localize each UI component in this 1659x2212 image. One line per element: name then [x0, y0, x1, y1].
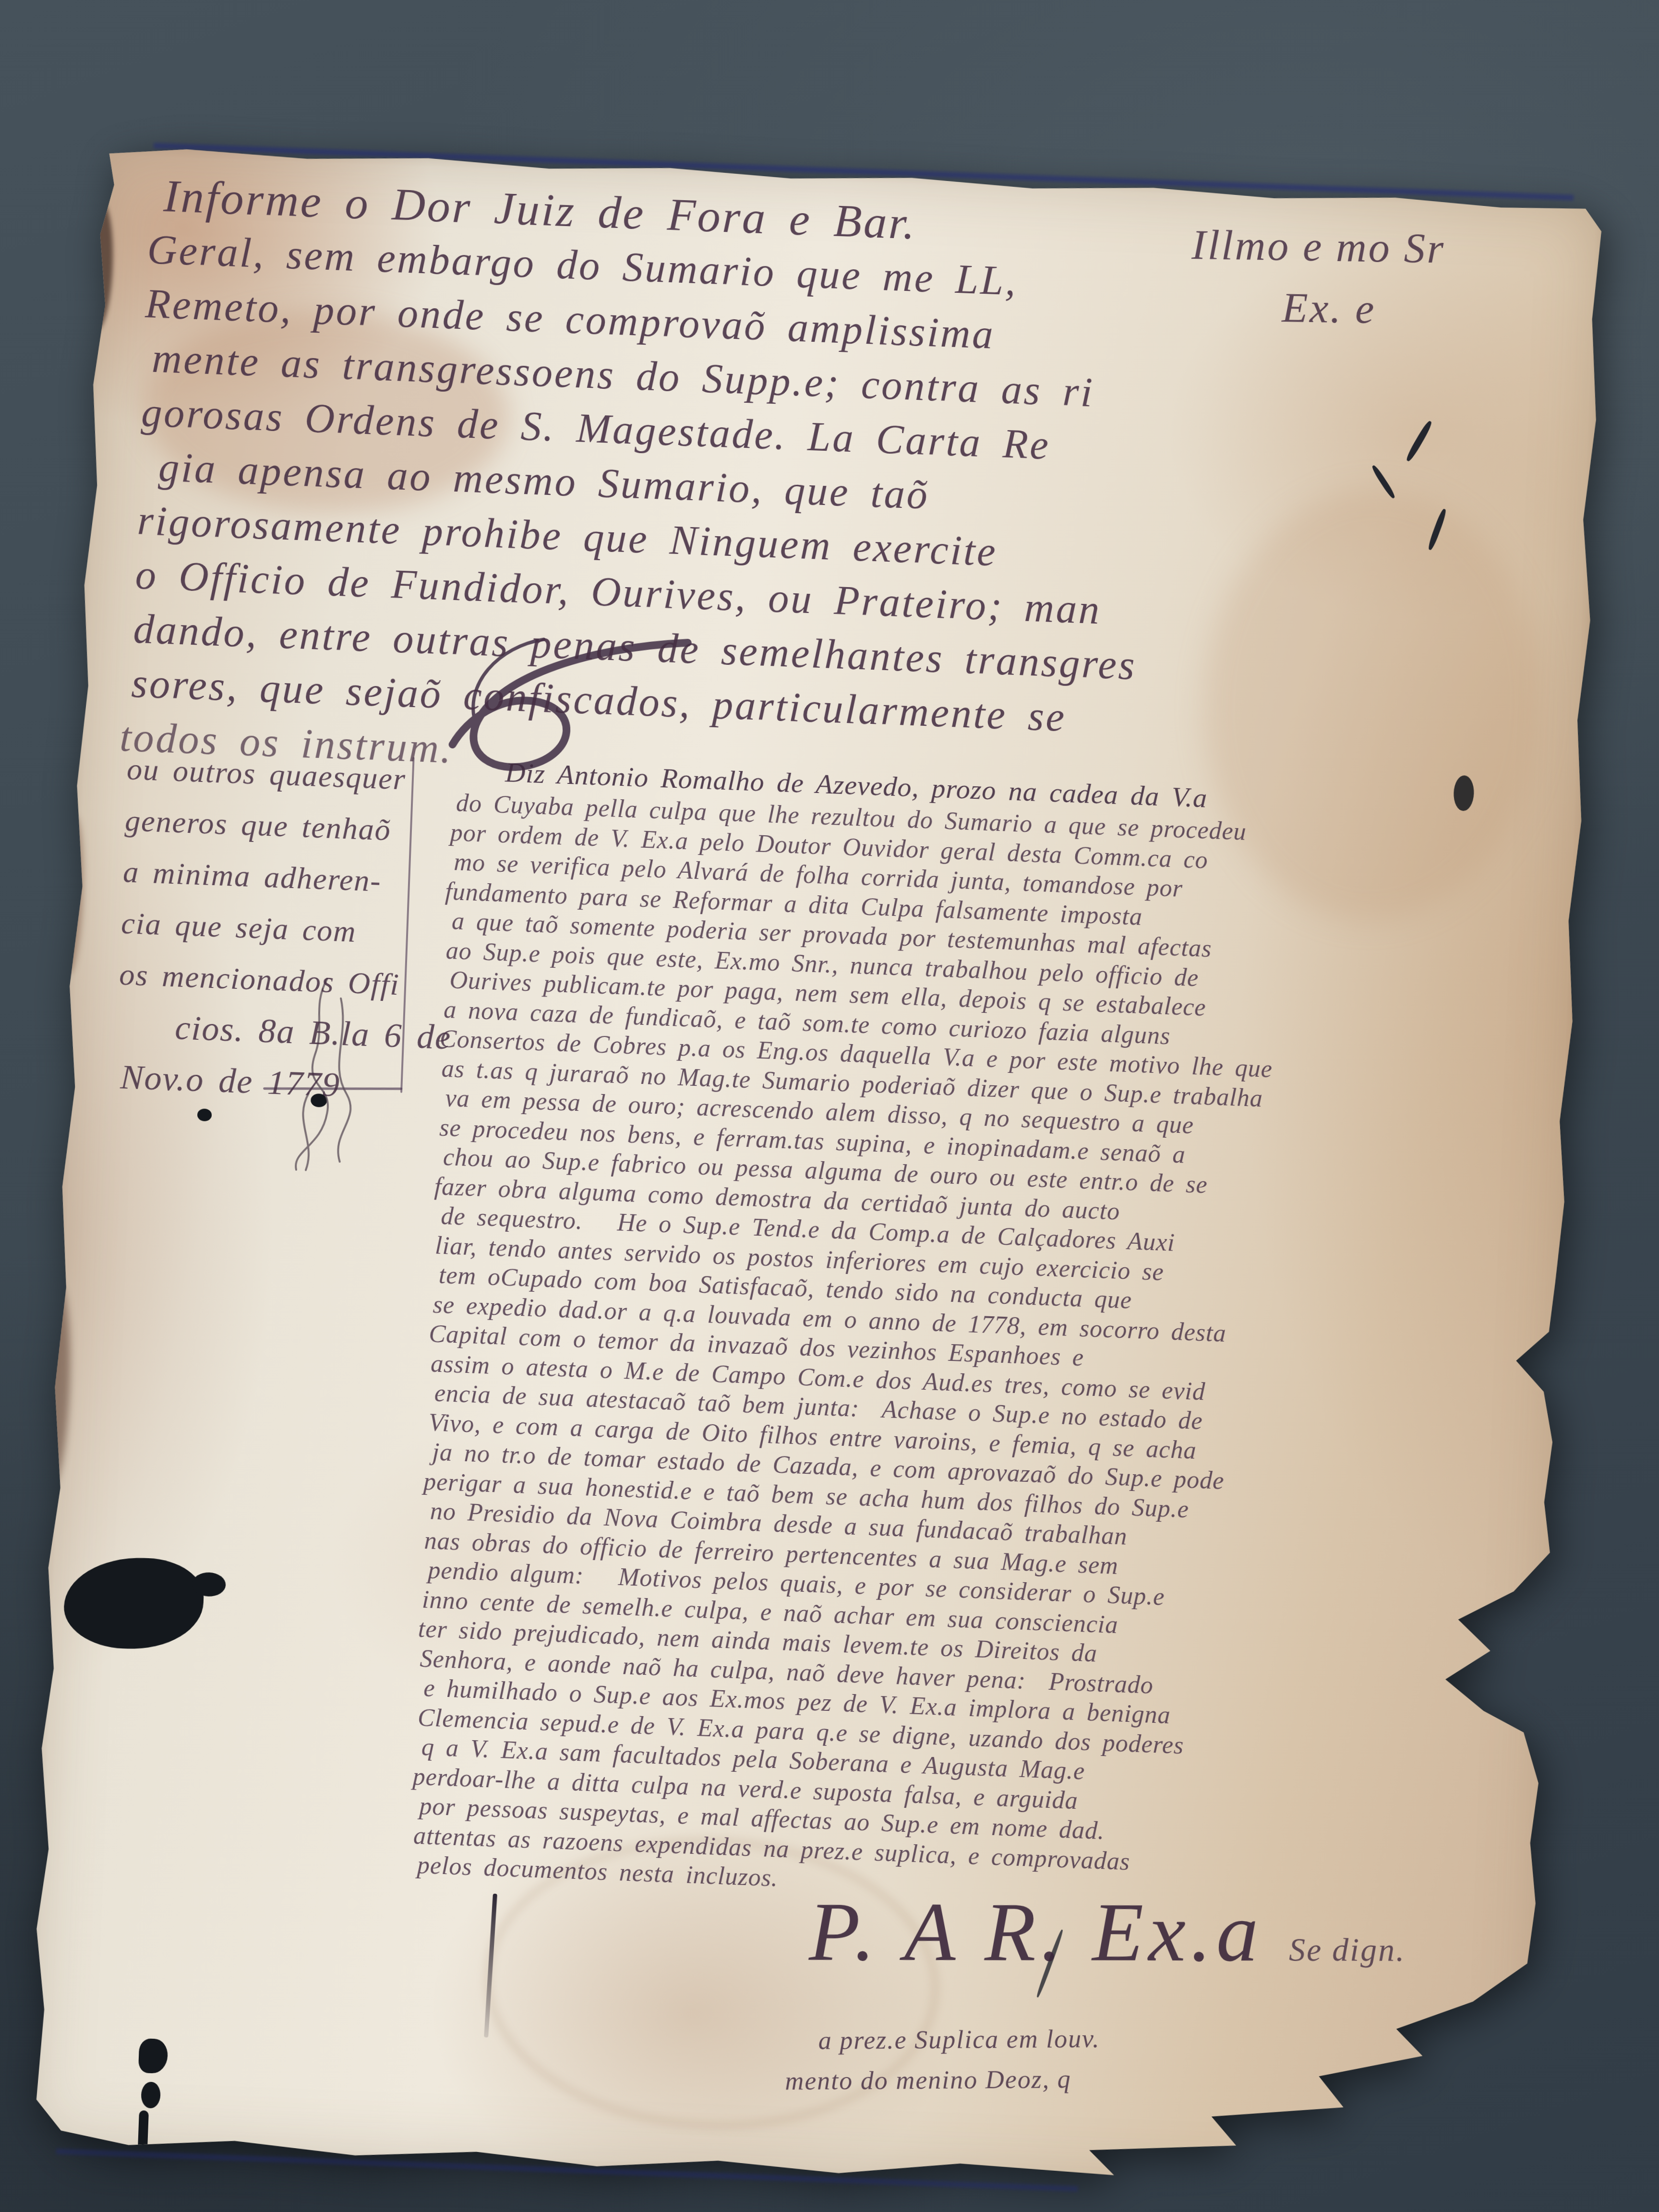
burn-stain — [57, 815, 86, 974]
manuscript-line: mento do menino Deoz, q — [785, 2059, 1100, 2102]
addressee-block: Illmo e mo SrEx. e — [1190, 215, 1567, 343]
manuscript-line: os mencionados Offi — [119, 949, 437, 1011]
manuscript-line: Illmo e mo Sr — [1191, 215, 1567, 282]
ink-drip — [138, 2110, 149, 2153]
manuscript-line: Ex. e — [1282, 277, 1566, 343]
margin-note-block: ou outros quaesquergeneros que tenhaõa m… — [115, 743, 445, 1114]
ink-blot — [62, 1555, 205, 1651]
closing-monogram: P. A R. Ex.a Se dign. — [809, 1884, 1406, 1981]
closing-lines-block: a prez.e Suplica em louv.mento do menino… — [818, 2019, 1100, 2101]
photo-backdrop: { "document_photo": { "description_title… — [0, 0, 1659, 2212]
petition-body-block: Diz Antonio Romalho de Azevedo, prozo na… — [412, 753, 1475, 1917]
manuscript-line: cios. 8a B.la 6 de — [174, 1002, 435, 1063]
monogram-text: P. A R. Ex.a — [809, 1885, 1289, 1979]
monogram-suffix: Se dign. — [1289, 1931, 1406, 1968]
manuscript-page-wrap: Informe o Dor Juiz de Fora e Bar.Geral, … — [23, 144, 1607, 2205]
ink-dot — [197, 1108, 212, 1121]
burn-stain — [83, 200, 115, 331]
manuscript-line: a prez.e Suplica em louv. — [818, 2019, 1100, 2061]
ink-blot — [138, 2038, 168, 2074]
manuscript-page: Informe o Dor Juiz de Fora e Bar.Geral, … — [23, 144, 1607, 2205]
ink-blot — [141, 2081, 161, 2108]
burn-stain — [37, 1286, 73, 1488]
